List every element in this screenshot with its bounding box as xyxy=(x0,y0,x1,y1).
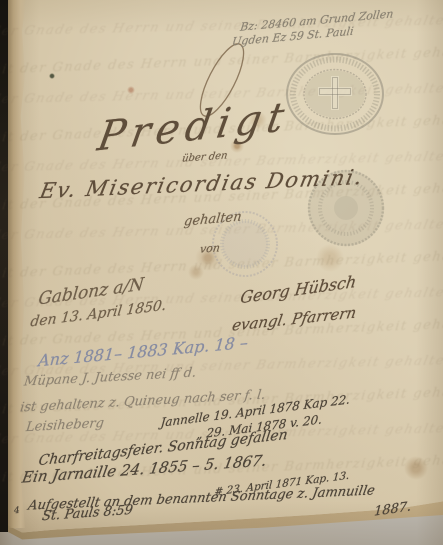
margin-mark: 4 xyxy=(14,506,20,516)
embossed-seal-stamp xyxy=(282,50,388,138)
binding-gutter-shadow xyxy=(0,0,8,532)
von-word: von xyxy=(199,241,221,256)
